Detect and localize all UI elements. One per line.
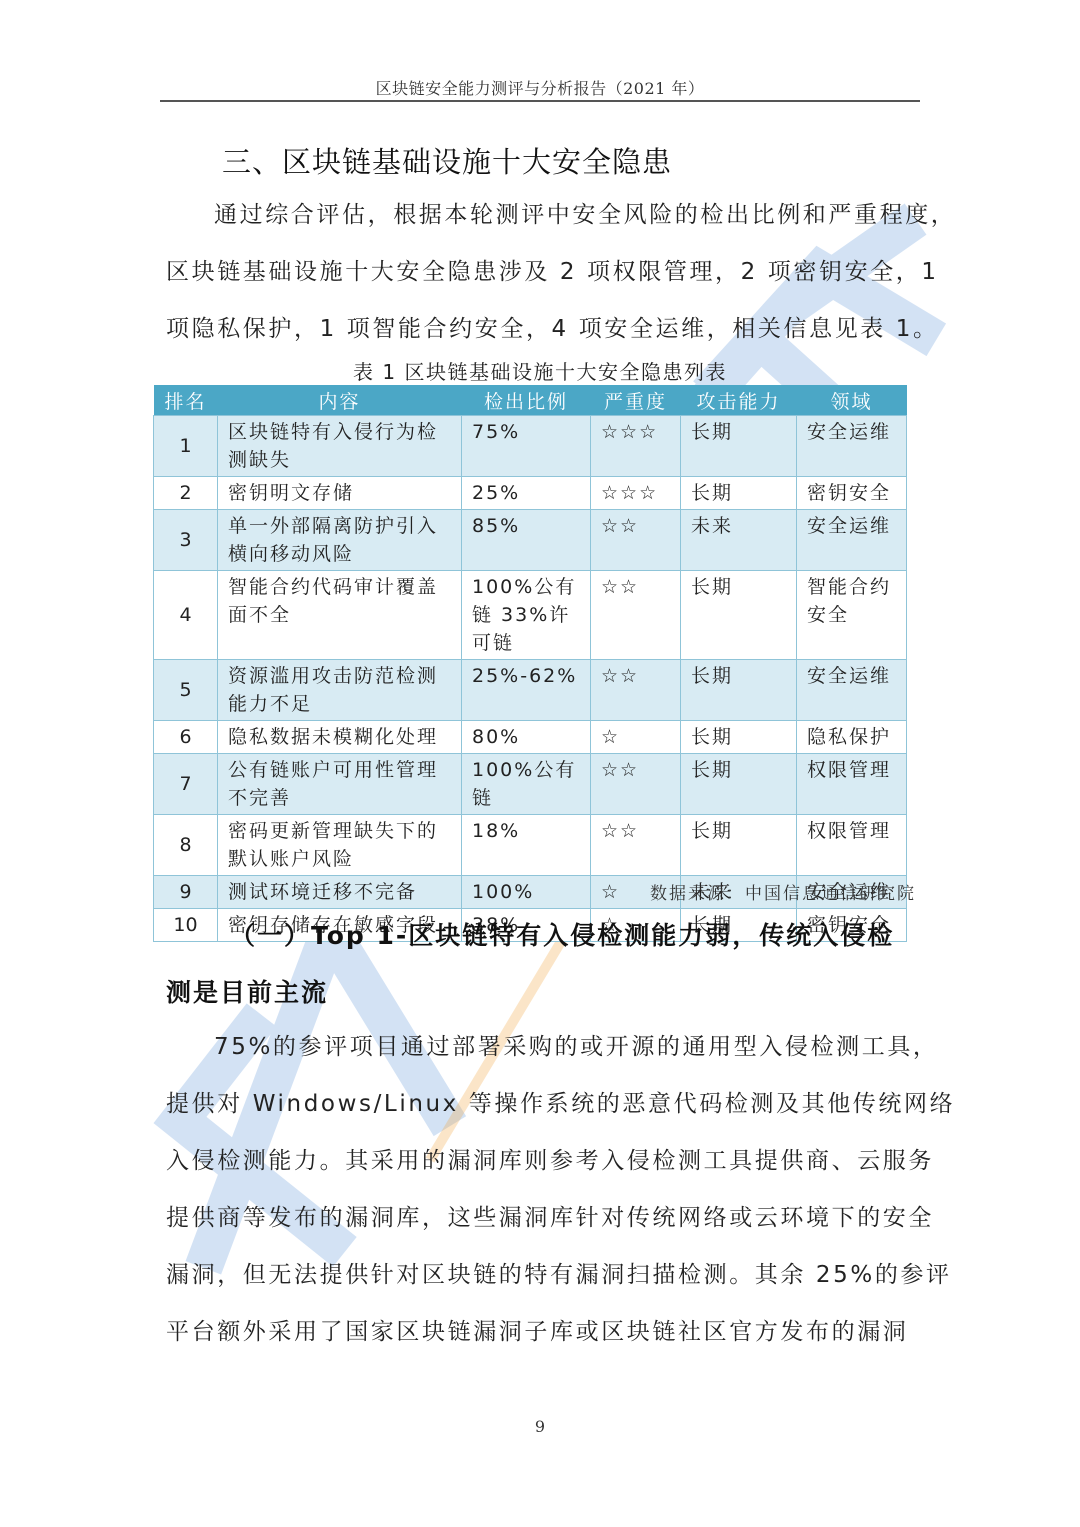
cell-ratio: 75% bbox=[462, 416, 591, 477]
cell-rank: 5 bbox=[154, 660, 218, 721]
header-divider bbox=[160, 100, 920, 102]
cell-rank: 2 bbox=[154, 477, 218, 510]
security-risks-table: 排名 内容 检出比例 严重度 攻击能力 领域 1 区块链特有入侵行为检测缺失 7… bbox=[153, 385, 907, 942]
column-header-attack: 攻击能力 bbox=[681, 385, 797, 416]
intro-line: 区块链基础设施十大安全隐患涉及 2 项权限管理，2 项密钥安全，1 bbox=[166, 244, 926, 301]
cell-domain: 安全运维 bbox=[797, 660, 907, 721]
cell-rank: 7 bbox=[154, 754, 218, 815]
table-row: 6 隐私数据未模糊化处理 80% ☆ 长期 隐私保护 bbox=[154, 721, 907, 754]
cell-ratio: 100%公有链 bbox=[462, 754, 591, 815]
cell-domain: 智能合约安全 bbox=[797, 571, 907, 660]
cell-attack: 未来 bbox=[681, 510, 797, 571]
body-paragraph: 75%的参评项目通过部署采购的或开源的通用型入侵检测工具， 提供对 Window… bbox=[166, 1019, 926, 1361]
cell-rank: 3 bbox=[154, 510, 218, 571]
cell-attack: 长期 bbox=[681, 571, 797, 660]
column-header-rank: 排名 bbox=[154, 385, 218, 416]
cell-rank: 1 bbox=[154, 416, 218, 477]
table-row: 1 区块链特有入侵行为检测缺失 75% ☆☆☆ 长期 安全运维 bbox=[154, 416, 907, 477]
cell-severity: ☆☆☆ bbox=[591, 477, 681, 510]
table-row: 8 密码更新管理缺失下的默认账户风险 18% ☆☆ 长期 权限管理 bbox=[154, 815, 907, 876]
column-header-content: 内容 bbox=[218, 385, 462, 416]
cell-severity: ☆☆ bbox=[591, 660, 681, 721]
cell-content: 密码更新管理缺失下的默认账户风险 bbox=[218, 815, 462, 876]
cell-rank: 6 bbox=[154, 721, 218, 754]
cell-attack: 长期 bbox=[681, 815, 797, 876]
cell-content: 公有链账户可用性管理不完善 bbox=[218, 754, 462, 815]
cell-domain: 权限管理 bbox=[797, 754, 907, 815]
table-caption: 表 1 区块链基础设施十大安全隐患列表 bbox=[150, 356, 930, 385]
cell-ratio: 80% bbox=[462, 721, 591, 754]
table-header-row: 排名 内容 检出比例 严重度 攻击能力 领域 bbox=[154, 385, 907, 416]
body-line: 提供商等发布的漏洞库，这些漏洞库针对传统网络或云环境下的安全 bbox=[166, 1190, 926, 1247]
body-line: 提供对 Windows/Linux 等操作系统的恶意代码检测及其他传统网络 bbox=[166, 1076, 926, 1133]
body-line: 75%的参评项目通过部署采购的或开源的通用型入侵检测工具， bbox=[166, 1019, 926, 1076]
cell-severity: ☆☆ bbox=[591, 754, 681, 815]
cell-ratio: 85% bbox=[462, 510, 591, 571]
cell-domain: 密钥安全 bbox=[797, 477, 907, 510]
intro-line: 项隐私保护，1 项智能合约安全，4 项安全运维，相关信息见表 1。 bbox=[166, 301, 926, 358]
cell-domain: 隐私保护 bbox=[797, 721, 907, 754]
intro-paragraph: 通过综合评估，根据本轮测评中安全风险的检出比例和严重程度， 区块链基础设施十大安… bbox=[166, 187, 926, 358]
table-row: 5 资源滥用攻击防范检测能力不足 25%-62% ☆☆ 长期 安全运维 bbox=[154, 660, 907, 721]
column-header-severity: 严重度 bbox=[591, 385, 681, 416]
table-row: 2 密钥明文存储 25% ☆☆☆ 长期 密钥安全 bbox=[154, 477, 907, 510]
cell-content: 测试环境迁移不完备 bbox=[218, 876, 462, 909]
cell-attack: 长期 bbox=[681, 477, 797, 510]
cell-content: 区块链特有入侵行为检测缺失 bbox=[218, 416, 462, 477]
cell-severity: ☆☆☆ bbox=[591, 416, 681, 477]
table-row: 7 公有链账户可用性管理不完善 100%公有链 ☆☆ 长期 权限管理 bbox=[154, 754, 907, 815]
cell-domain: 权限管理 bbox=[797, 815, 907, 876]
cell-content: 隐私数据未模糊化处理 bbox=[218, 721, 462, 754]
cell-ratio: 18% bbox=[462, 815, 591, 876]
body-line: 漏洞，但无法提供针对区块链的特有漏洞扫描检测。其余 25%的参评 bbox=[166, 1247, 926, 1304]
body-line: 入侵检测能力。其采用的漏洞库则参考入侵检测工具提供商、云服务 bbox=[166, 1133, 926, 1190]
running-header: 区块链安全能力测评与分析报告（2021 年） bbox=[160, 76, 920, 99]
cell-attack: 长期 bbox=[681, 416, 797, 477]
cell-rank: 9 bbox=[154, 876, 218, 909]
cell-ratio: 100%公有链 33%许可链 bbox=[462, 571, 591, 660]
table-row: 3 单一外部隔离防护引入横向移动风险 85% ☆☆ 未来 安全运维 bbox=[154, 510, 907, 571]
cell-attack: 长期 bbox=[681, 660, 797, 721]
cell-attack: 长期 bbox=[681, 754, 797, 815]
column-header-ratio: 检出比例 bbox=[462, 385, 591, 416]
subsection-heading-line2: 测是目前主流 bbox=[166, 973, 926, 1009]
section-title: 三、区块链基础设施十大安全隐患 bbox=[222, 140, 672, 181]
cell-content: 密钥明文存储 bbox=[218, 477, 462, 510]
page-number: 9 bbox=[0, 1417, 1080, 1436]
cell-rank: 4 bbox=[154, 571, 218, 660]
cell-domain: 安全运维 bbox=[797, 510, 907, 571]
body-line: 平台额外采用了国家区块链漏洞子库或区块链社区官方发布的漏洞 bbox=[166, 1304, 926, 1361]
cell-rank: 8 bbox=[154, 815, 218, 876]
cell-content: 资源滥用攻击防范检测能力不足 bbox=[218, 660, 462, 721]
table-source-note: 数据来源：中国信息通信研究院 bbox=[560, 879, 916, 904]
cell-domain: 安全运维 bbox=[797, 416, 907, 477]
cell-severity: ☆☆ bbox=[591, 510, 681, 571]
cell-content: 单一外部隔离防护引入横向移动风险 bbox=[218, 510, 462, 571]
column-header-domain: 领域 bbox=[797, 385, 907, 416]
cell-content: 智能合约代码审计覆盖面不全 bbox=[218, 571, 462, 660]
cell-ratio: 25%-62% bbox=[462, 660, 591, 721]
cell-attack: 长期 bbox=[681, 721, 797, 754]
cell-severity: ☆☆ bbox=[591, 571, 681, 660]
subsection-heading-line1: （一）Top 1-区块链特有入侵检测能力弱，传统入侵检 bbox=[166, 916, 926, 952]
cell-ratio: 25% bbox=[462, 477, 591, 510]
intro-line: 通过综合评估，根据本轮测评中安全风险的检出比例和严重程度， bbox=[166, 187, 926, 244]
cell-severity: ☆ bbox=[591, 721, 681, 754]
cell-severity: ☆☆ bbox=[591, 815, 681, 876]
table-row: 4 智能合约代码审计覆盖面不全 100%公有链 33%许可链 ☆☆ 长期 智能合… bbox=[154, 571, 907, 660]
